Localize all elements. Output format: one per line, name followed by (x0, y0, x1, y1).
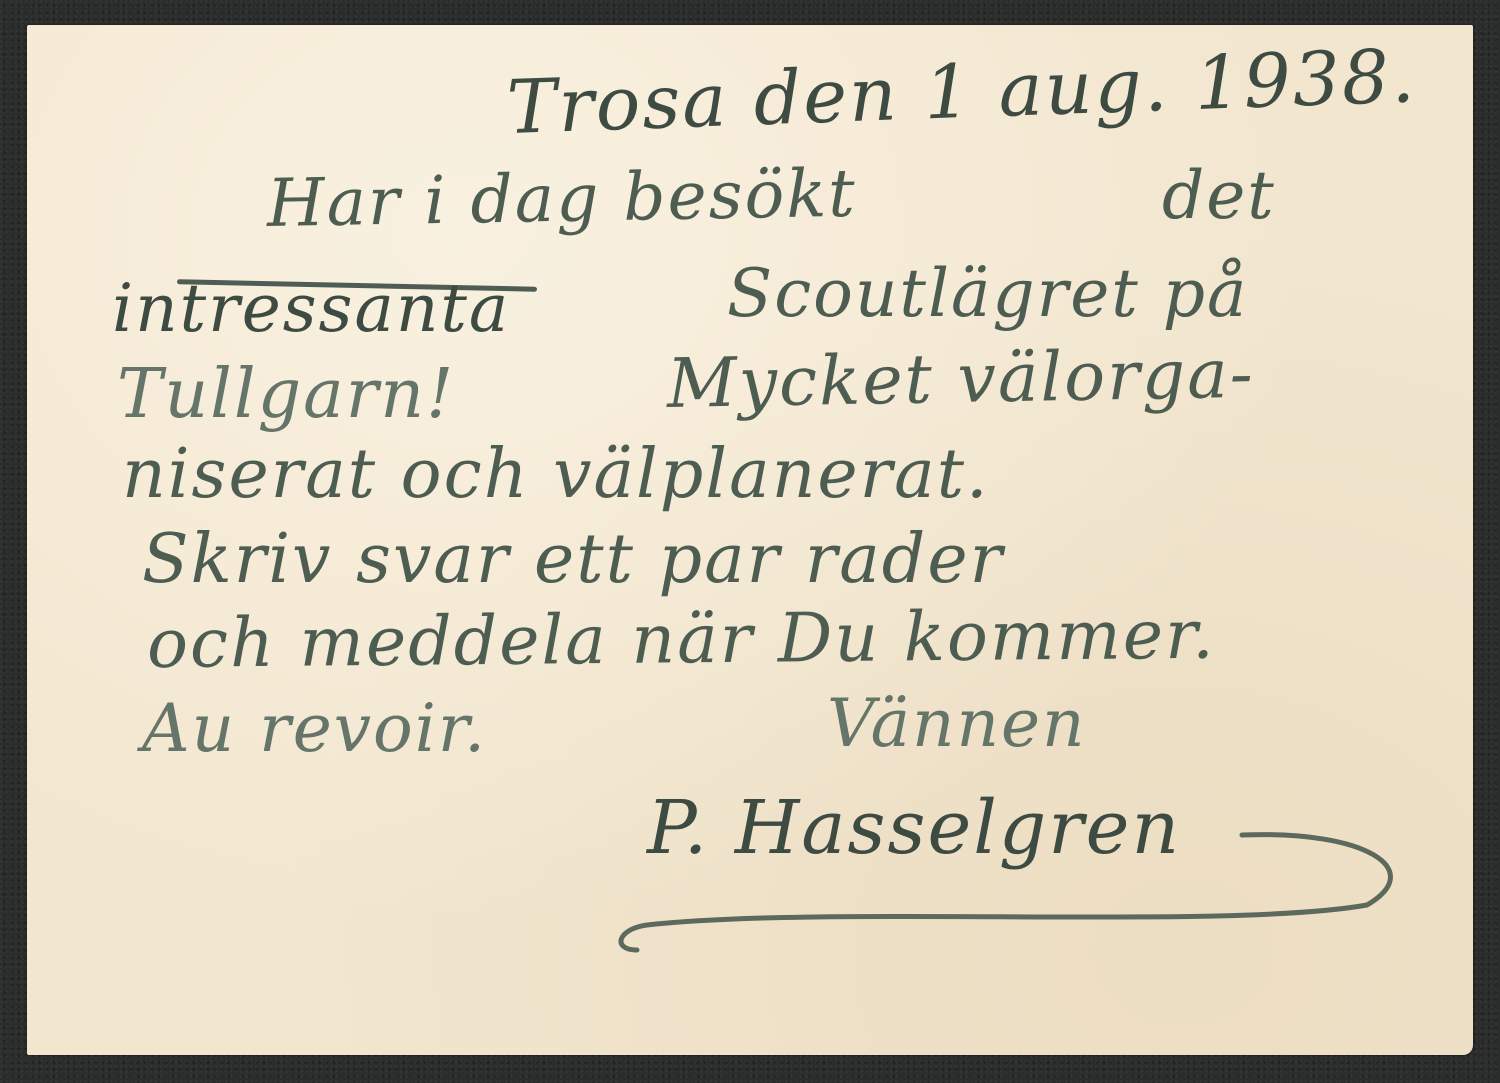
text-line-3a: Tullgarn! (117, 355, 455, 434)
postcard: Trosa den 1 aug. 1938. Har i dag besökt … (27, 25, 1473, 1055)
text-line-3b: Mycket välorga- (666, 335, 1255, 424)
text-line-6: och meddela när Du kommer. (147, 596, 1216, 684)
text-line-4: niserat och välplanerat. (122, 435, 990, 514)
signature: P. Hasselgren (647, 785, 1181, 871)
text-line-1b: det (1162, 157, 1276, 234)
text-line-7b: Vännen (827, 685, 1087, 762)
text-line-2b: Scoutlägret på (727, 255, 1248, 332)
dateline: Trosa den 1 aug. 1938. (505, 33, 1417, 151)
text-line-7a: Au revoir. (142, 690, 487, 767)
text-line-5: Skriv svar ett par rader (142, 520, 1004, 599)
text-line-1a: Har i dag besökt (266, 155, 857, 242)
text-line-2a: intressanta (112, 270, 510, 347)
